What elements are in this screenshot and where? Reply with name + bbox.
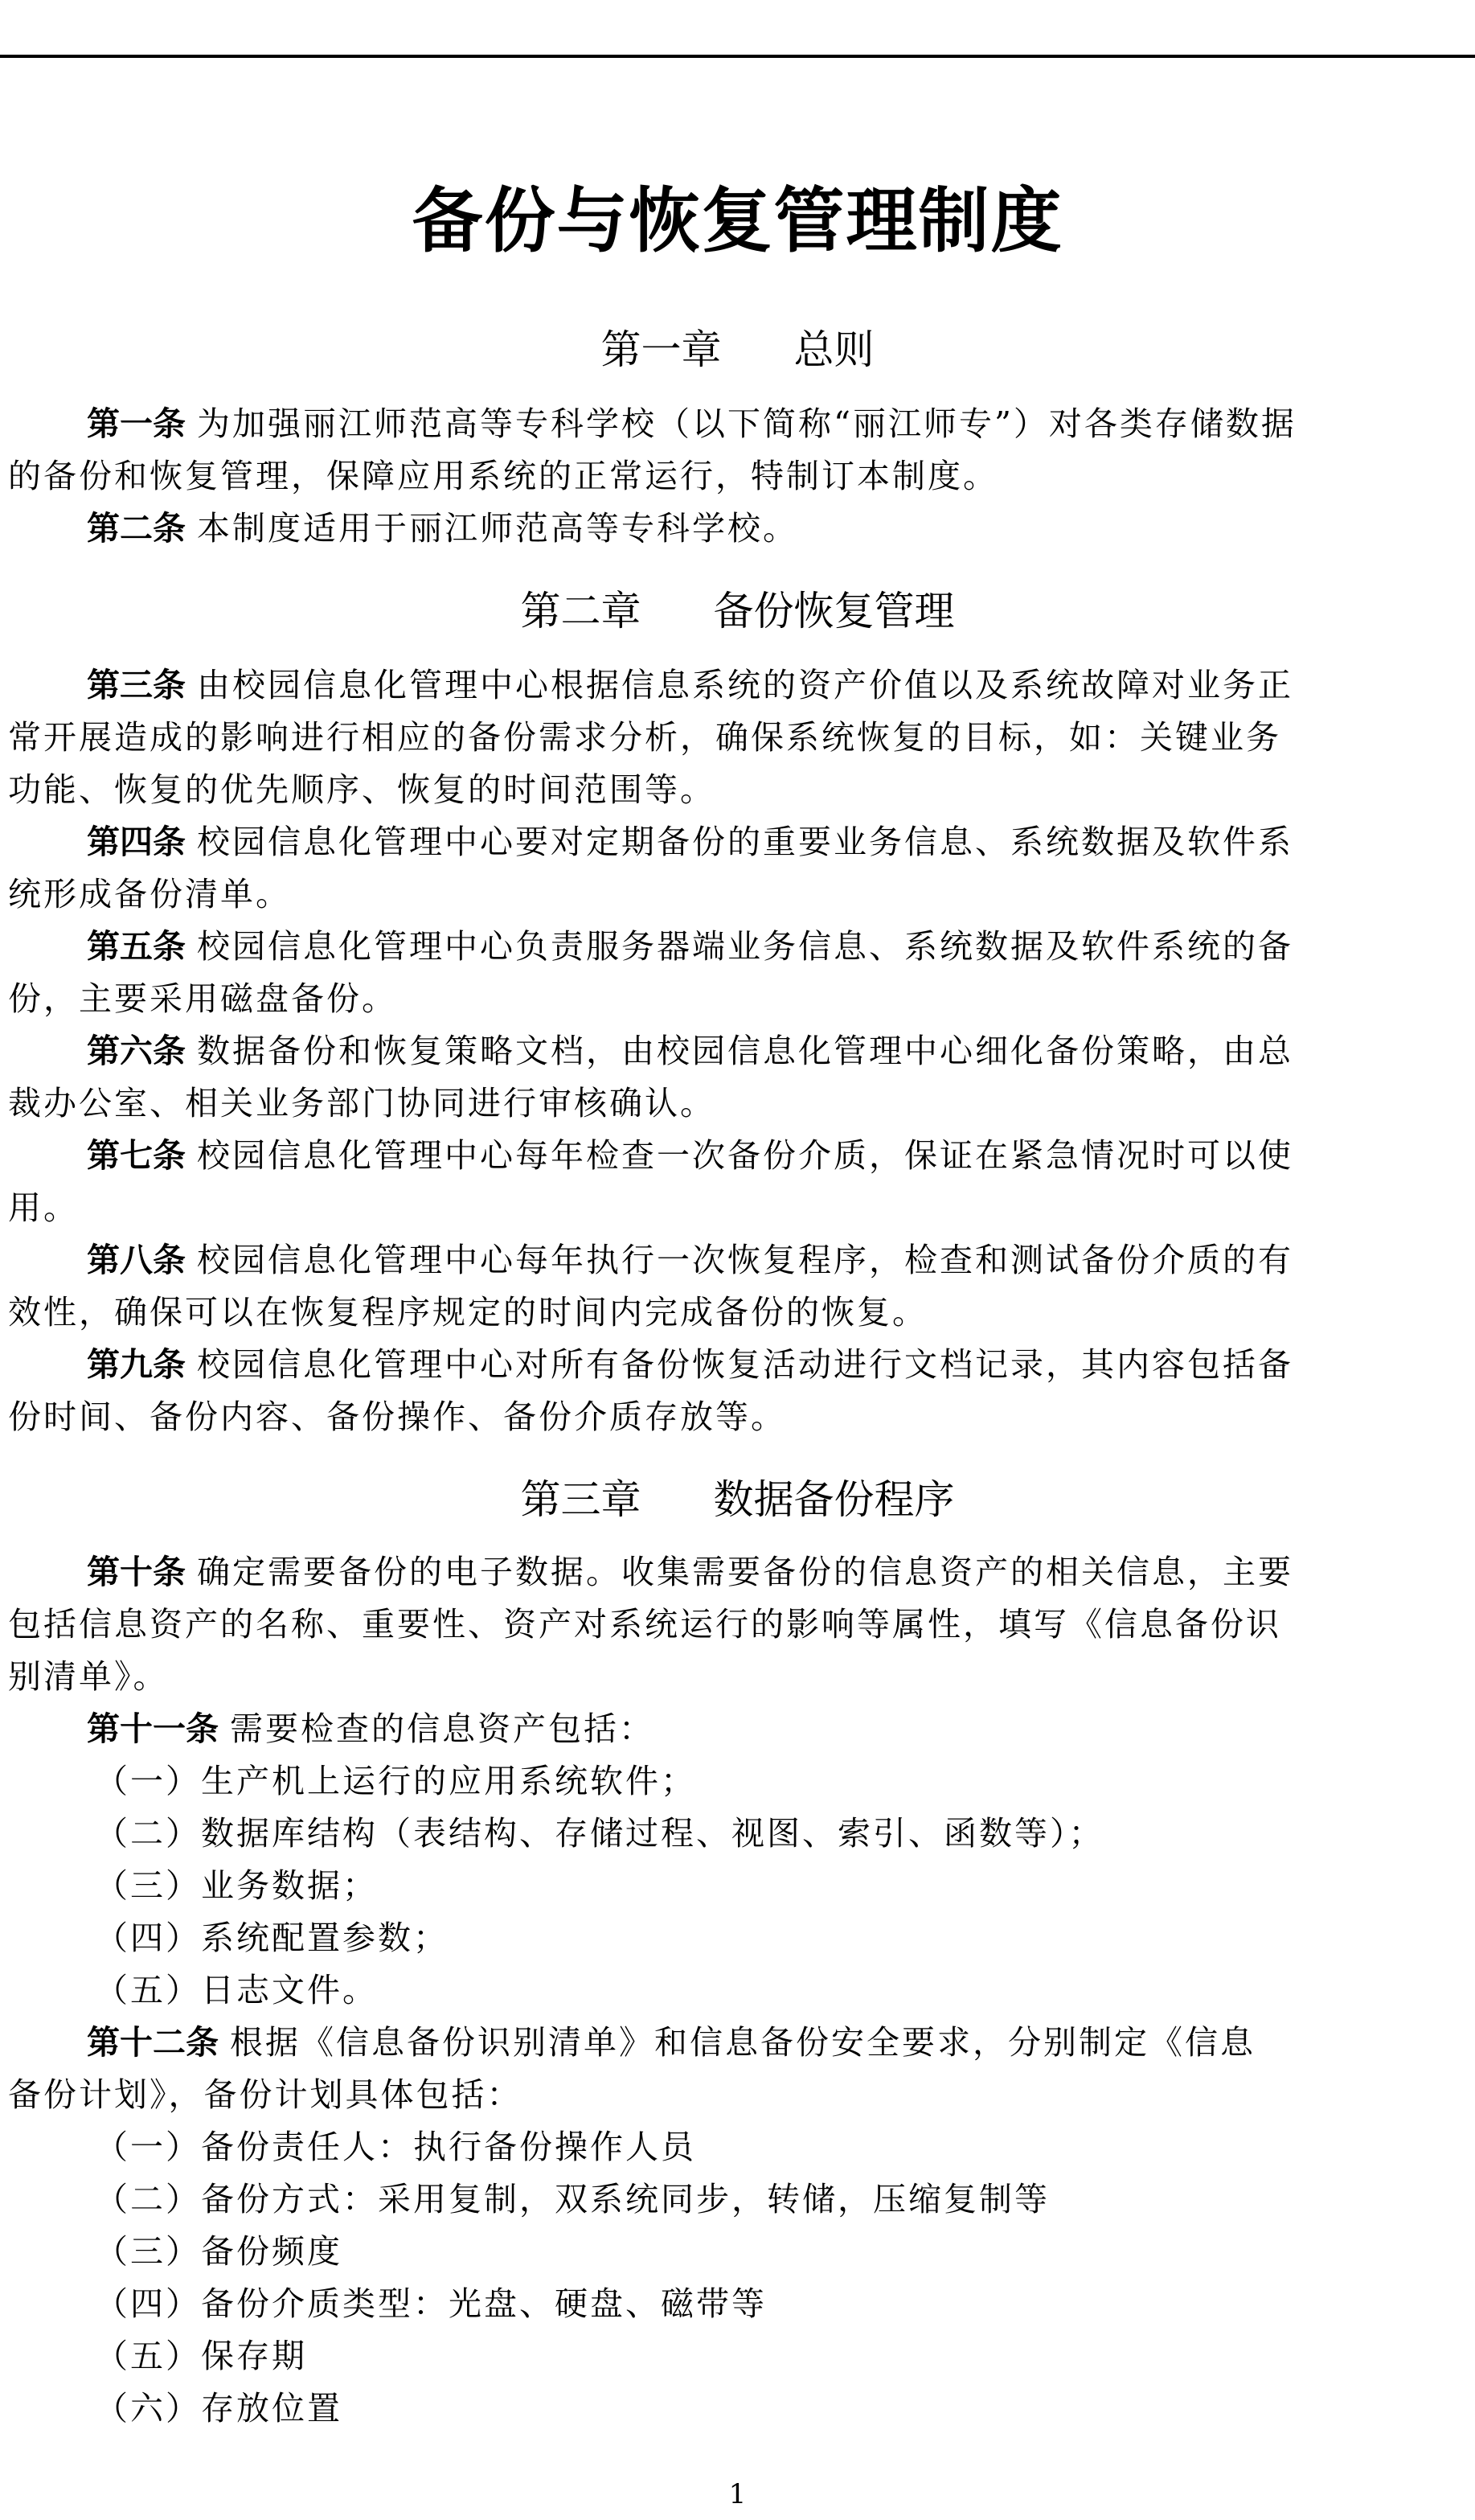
list-item: （六）存放位置 — [95, 2384, 1475, 2432]
article-10-line-2: 包括信息资产的名称、重要性、资产对系统运行的影响等属性，填写《信息备份识 — [8, 1600, 1467, 1648]
article-6-line-1: 第六条数据备份和恢复策略文档，由校园信息化管理中心细化备份策略，由总 — [87, 1027, 1475, 1075]
document-title: 备份与恢复管理制度 — [0, 165, 1475, 266]
article-label: 第七条 — [87, 1136, 186, 1175]
article-label: 第八条 — [87, 1241, 186, 1279]
chapter-name: 备份恢复管理 — [714, 588, 955, 634]
article-text: 校园信息化管理中心要对定期备份的重要业务信息、系统数据及软件系 — [197, 823, 1293, 861]
article-10-line-3: 别清单》。 — [8, 1652, 1467, 1701]
chapter-heading-2: 第二章备份恢复管理 — [0, 579, 1475, 637]
article-4-line-2: 统形成备份清单。 — [8, 870, 1467, 918]
article-8-line-1: 第八条校园信息化管理中心每年执行一次恢复程序，检查和测试备份介质的有 — [87, 1236, 1475, 1284]
list-item: （四）备份介质类型：光盘、硬盘、磁带等 — [95, 2280, 1475, 2328]
article-7-line-1: 第七条校园信息化管理中心每年检查一次备份介质，保证在紧急情况时可以使 — [87, 1131, 1475, 1180]
list-item: （三）业务数据； — [95, 1861, 1475, 1910]
article-text: 校园信息化管理中心每年执行一次恢复程序，检查和测试备份介质的有 — [197, 1241, 1293, 1279]
chapter-number: 第二章 — [521, 588, 641, 634]
list-item: （一）生产机上运行的应用系统软件； — [95, 1757, 1475, 1805]
list-item: （五）保存期 — [95, 2332, 1475, 2380]
header-rule — [0, 55, 1475, 58]
article-3-line-3: 功能、恢复的优先顺序、恢复的时间范围等。 — [8, 765, 1467, 814]
list-item: （二）备份方式：采用复制，双系统同步，转储，压缩复制等 — [95, 2175, 1475, 2223]
chapter-name: 数据备份程序 — [714, 1476, 955, 1523]
article-label: 第十二条 — [87, 2023, 219, 2062]
article-1-line-1: 第一条为加强丽江师范高等专科学校（以下简称“丽江师专”）对各类存储数据 — [87, 400, 1475, 448]
article-text: 数据备份和恢复策略文档，由校园信息化管理中心细化备份策略，由总 — [197, 1032, 1293, 1070]
chapter-number: 第一章 — [601, 326, 722, 373]
article-9-line-2: 份时间、备份内容、备份操作、备份介质存放等。 — [8, 1393, 1467, 1441]
article-9-line-1: 第九条校园信息化管理中心对所有备份恢复活动进行文档记录，其内容包括备 — [87, 1340, 1475, 1389]
article-8-line-2: 效性，确保可以在恢复程序规定的时间内完成备份的恢复。 — [8, 1288, 1467, 1336]
article-text: 确定需要备份的电子数据。收集需要备份的信息资产的相关信息，主要 — [197, 1553, 1293, 1591]
article-text: 校园信息化管理中心负责服务器端业务信息、系统数据及软件系统的备 — [197, 927, 1293, 966]
article-6-line-2: 裁办公室、相关业务部门协同进行审核确认。 — [8, 1079, 1467, 1127]
article-text: 校园信息化管理中心每年检查一次备份介质，保证在紧急情况时可以使 — [197, 1136, 1293, 1175]
article-2-line-1: 第二条本制度适用于丽江师范高等专科学校。 — [87, 504, 1475, 552]
article-1-line-2: 的备份和恢复管理，保障应用系统的正常运行，特制订本制度。 — [8, 452, 1467, 500]
list-item: （五）日志文件。 — [95, 1966, 1475, 2014]
list-item: （三）备份频度 — [95, 2227, 1475, 2276]
article-text: 校园信息化管理中心对所有备份恢复活动进行文档记录，其内容包括备 — [197, 1345, 1293, 1384]
chapter-heading-3: 第三章数据备份程序 — [0, 1467, 1475, 1525]
article-label: 第九条 — [87, 1345, 186, 1384]
article-label: 第十一条 — [87, 1709, 219, 1748]
article-5-line-1: 第五条校园信息化管理中心负责服务器端业务信息、系统数据及软件系统的备 — [87, 922, 1475, 971]
article-text: 由校园信息化管理中心根据信息系统的资产价值以及系统故障对业务正 — [197, 666, 1293, 704]
article-label: 第三条 — [87, 666, 186, 704]
article-label: 第二条 — [87, 509, 186, 548]
article-label: 第一条 — [87, 404, 186, 443]
article-7-line-2: 用。 — [8, 1184, 1467, 1232]
article-4-line-1: 第四条校园信息化管理中心要对定期备份的重要业务信息、系统数据及软件系 — [87, 818, 1475, 866]
article-label: 第六条 — [87, 1032, 186, 1070]
article-label: 第四条 — [87, 823, 186, 861]
page-number: 1 — [0, 2478, 1475, 2510]
chapter-heading-1: 第一章总则 — [0, 318, 1475, 376]
article-text: 需要检查的信息资产包括： — [230, 1709, 654, 1748]
list-item: （二）数据库结构（表结构、存储过程、视图、索引、函数等）； — [95, 1809, 1475, 1857]
article-3-line-1: 第三条由校园信息化管理中心根据信息系统的资产价值以及系统故障对业务正 — [87, 661, 1475, 709]
article-10-line-1: 第十条确定需要备份的电子数据。收集需要备份的信息资产的相关信息，主要 — [87, 1548, 1475, 1596]
article-11-line-1: 第十一条需要检查的信息资产包括： — [87, 1705, 1475, 1753]
article-label: 第五条 — [87, 927, 186, 966]
article-text: 本制度适用于丽江师范高等专科学校。 — [197, 509, 798, 548]
chapter-number: 第三章 — [521, 1476, 641, 1523]
article-label: 第十条 — [87, 1553, 186, 1591]
article-3-line-2: 常开展造成的影响进行相应的备份需求分析，确保系统恢复的目标，如：关键业务 — [8, 713, 1467, 761]
article-12-line-1: 第十二条根据《信息备份识别清单》和信息备份安全要求，分别制定《信息 — [87, 2018, 1475, 2066]
article-text: 为加强丽江师范高等专科学校（以下简称“丽江师专”）对各类存储数据 — [197, 404, 1297, 443]
article-text: 根据《信息备份识别清单》和信息备份安全要求，分别制定《信息 — [230, 2023, 1256, 2062]
list-item: （一）备份责任人：执行备份操作人员 — [95, 2123, 1475, 2171]
article-12-line-2: 备份计划》，备份计划具体包括： — [8, 2071, 1467, 2119]
article-5-line-2: 份，主要采用磁盘备份。 — [8, 975, 1467, 1023]
chapter-name: 总则 — [794, 326, 875, 373]
list-item: （四）系统配置参数； — [95, 1914, 1475, 1962]
